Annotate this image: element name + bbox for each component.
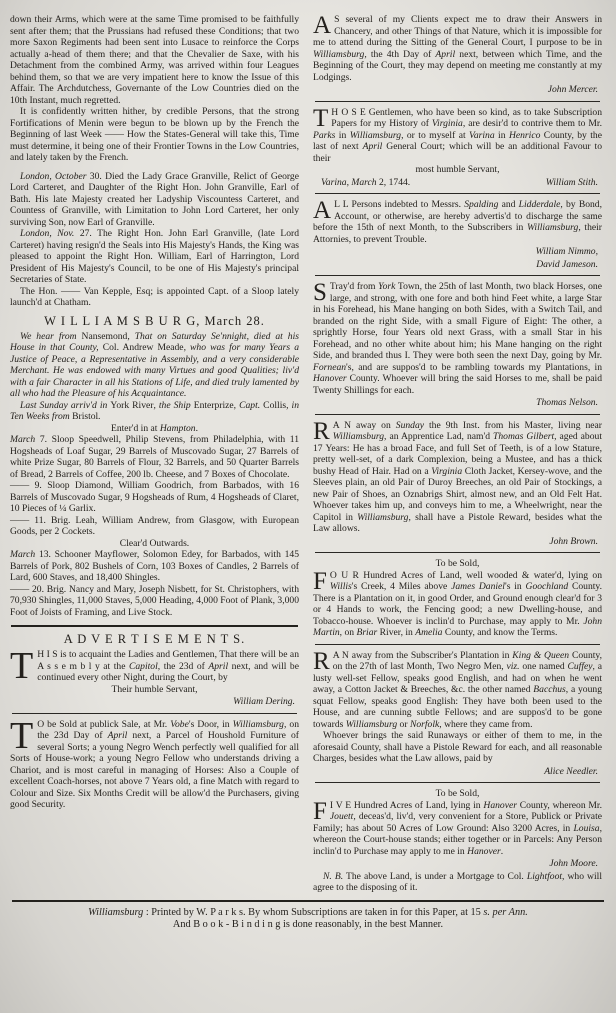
advert-paragraph: STray'd from York Town, the 25th of last… [313, 281, 602, 396]
signature: John Moore. [313, 858, 602, 870]
news-paragraph: —— 20. Brig. Nancy and Mary, Joseph Nisb… [10, 584, 299, 619]
advert-paragraph: TO be Sold at publick Sale, at Mr. Vobe'… [10, 719, 299, 811]
news-paragraph: March 13. Schooner Mayflower, Solomon Ed… [10, 549, 299, 584]
news-paragraph: It is confidently written hither, by cre… [10, 106, 299, 164]
news-paragraph: down their Arms, which were at the same … [10, 14, 299, 106]
signature: William Dering. [10, 696, 299, 708]
advert-paragraph: FI V E Hundred Acres of Land, lying in H… [313, 800, 602, 858]
advert-paragraph: RA N away from the Subscriber's Plantati… [313, 650, 602, 731]
section-heading: A D V E R T I S E M E N T S. [10, 632, 299, 647]
drop-cap: A [313, 14, 334, 35]
news-paragraph: —— 9. Sloop Diamond, William Goodrich, f… [10, 480, 299, 515]
right-column: AS several of my Clients expect me to dr… [313, 14, 602, 894]
advert-paragraph: FO U R Hundred Acres of Land, well woode… [313, 570, 602, 639]
imprint-line-1: Williamsburg : Printed by W. P a r k s. … [10, 907, 606, 920]
section-rule [315, 644, 600, 645]
section-rule [315, 275, 600, 276]
drop-cap: R [313, 420, 333, 441]
news-paragraph: most humble Servant, [313, 164, 602, 176]
drop-cap: T [313, 107, 331, 128]
signature: John Brown. [313, 536, 602, 548]
news-paragraph: —— 11. Brig. Leah, William Andrew, from … [10, 515, 299, 538]
news-paragraph: Last Sunday arriv'd in York River, the S… [10, 400, 299, 423]
news-paragraph: To be Sold, [313, 558, 602, 570]
section-rule [315, 101, 600, 102]
news-paragraph: To be Sold, [313, 788, 602, 800]
news-paragraph: London, Nov. 27. The Right Hon. John Ear… [10, 228, 299, 286]
section-rule [315, 552, 600, 553]
advert-paragraph: TH O S E Gentlemen, who have been so kin… [313, 107, 602, 165]
section-rule [315, 414, 600, 415]
drop-cap: F [313, 800, 330, 821]
signature: Alice Needler. [313, 766, 602, 778]
news-paragraph: March 7. Sloop Speedwell, Philip Stevens… [10, 434, 299, 480]
drop-cap: F [313, 570, 330, 591]
drop-cap: A [313, 199, 334, 220]
news-paragraph: Whoever brings the said Runaways or eith… [313, 730, 602, 765]
signature: Thomas Nelson. [313, 397, 602, 409]
news-paragraph: N. B. The above Land, is under a Mortgag… [313, 871, 602, 894]
imprint-line-2: And B o o k - B i n d i n g is done reas… [10, 919, 606, 932]
signature: David Jameson. [313, 259, 602, 271]
drop-cap: R [313, 650, 333, 671]
news-paragraph: Clear'd Outwards. [10, 538, 299, 550]
news-paragraph: The Hon. —— Van Kepple, Esq; is appointe… [10, 286, 299, 309]
imprint-rule [12, 900, 604, 902]
drop-cap: T [10, 719, 37, 751]
advert-paragraph: AS several of my Clients expect me to dr… [313, 14, 602, 83]
left-column: down their Arms, which were at the same … [10, 14, 299, 894]
signature: William Stith. [546, 177, 598, 189]
dateline: Varina, March 2, 1744. [321, 177, 410, 189]
drop-cap: S [313, 281, 330, 302]
section-heading: W I L L I A M S B U R G, March 28. [10, 314, 299, 329]
newspaper-page: down their Arms, which were at the same … [0, 0, 616, 1013]
signature-line: Varina, March 2, 1744.William Stith. [313, 177, 602, 189]
page-columns: down their Arms, which were at the same … [10, 14, 606, 894]
advert-paragraph: TH I S is to acquaint the Ladies and Gen… [10, 649, 299, 684]
section-rule [11, 625, 298, 627]
news-paragraph: Their humble Servant, [10, 684, 299, 696]
signature: William Nimmo, [313, 246, 602, 258]
news-paragraph: Enter'd in at Hampton. [10, 423, 299, 435]
section-rule [315, 193, 600, 194]
signature: John Mercer. [313, 84, 602, 96]
advert-paragraph: RA N away on Sunday the 9th Inst. from h… [313, 420, 602, 535]
printer-imprint: Williamsburg : Printed by W. P a r k s. … [10, 907, 606, 933]
news-paragraph: We hear from Nansemond, That on Saturday… [10, 331, 299, 400]
advert-paragraph: AL L Persons indebted to Messrs. Spaldin… [313, 199, 602, 245]
section-rule [315, 782, 600, 783]
news-paragraph: London, October 30. Died the Lady Grace … [10, 171, 299, 229]
drop-cap: T [10, 649, 37, 681]
section-rule [12, 713, 297, 714]
